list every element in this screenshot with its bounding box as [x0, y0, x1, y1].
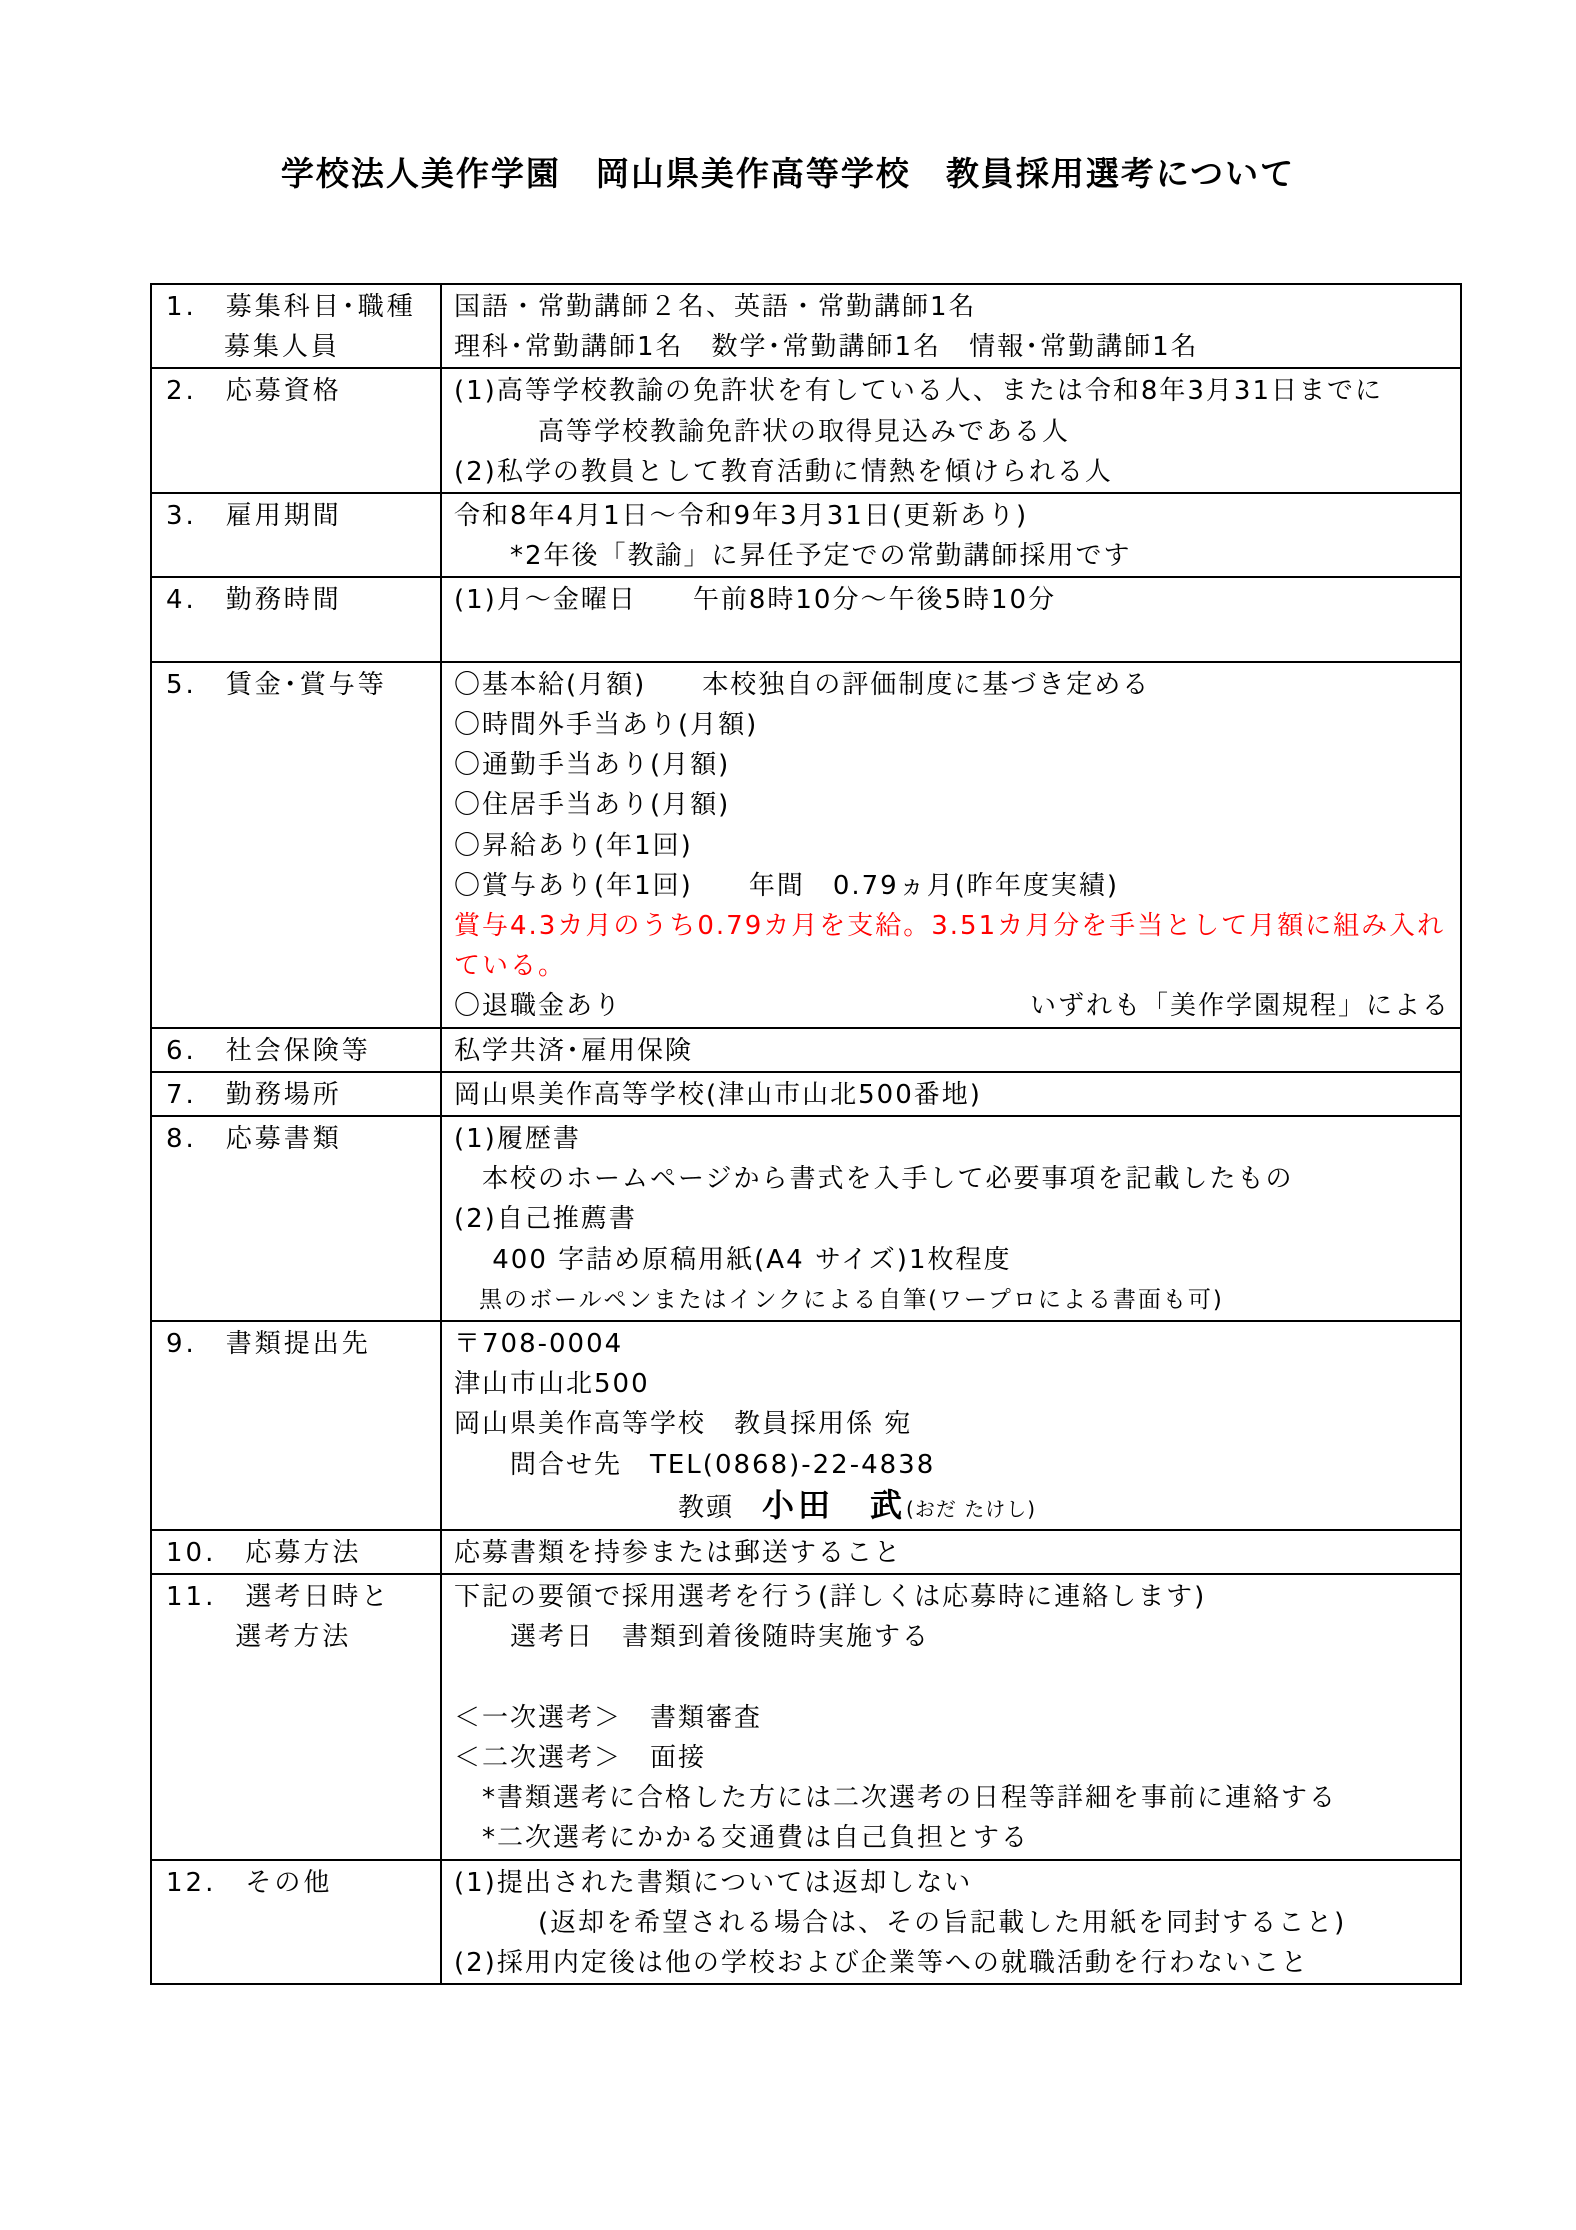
content-line: 〇退職金ありいずれも「美作学園規程」による — [454, 986, 1450, 1026]
content-line: 令和8年4月1日～令和9年3月31日(更新あり) — [454, 496, 1450, 536]
row-content: 応募書類を持参または郵送すること — [441, 1530, 1461, 1574]
content-line: 岡山県美作高等学校(津山市山北500番地) — [454, 1075, 1450, 1115]
table-row: 1. 募集科目･職種 募集人員国語・常勤講師２名、英語・常勤講師1名理科･常勤講… — [151, 284, 1461, 368]
content-line: (1)履歴書 — [454, 1119, 1450, 1159]
row-label: 7. 勤務場所 — [151, 1072, 441, 1116]
content-line: 〇昇給あり(年1回) — [454, 826, 1450, 866]
recruitment-table: 1. 募集科目･職種 募集人員国語・常勤講師２名、英語・常勤講師1名理科･常勤講… — [150, 283, 1462, 1985]
row-content: 〒708-0004津山市山北500岡山県美作高等学校 教員採用係 宛 問合せ先 … — [441, 1321, 1461, 1530]
content-line: 〇時間外手当あり(月額) — [454, 705, 1450, 745]
content-line: 黒のボールペンまたはインクによる自筆(ワープロによる書面も可) — [454, 1280, 1450, 1320]
content-line: 本校のホームページから書式を入手して必要事項を記載したもの — [454, 1159, 1450, 1199]
row-label-line: 募集人員 — [166, 327, 436, 367]
content-line: 〒708-0004 — [454, 1324, 1450, 1364]
row-label: 11. 選考日時と 選考方法 — [151, 1574, 441, 1859]
row-label: 5. 賃金･賞与等 — [151, 662, 441, 1028]
content-line: 国語・常勤講師２名、英語・常勤講師1名 — [454, 287, 1450, 327]
row-label: 8. 応募書類 — [151, 1116, 441, 1321]
row-content: 〇基本給(月額) 本校独自の評価制度に基づき定める〇時間外手当あり(月額)〇通勤… — [441, 662, 1461, 1028]
content-line: 400 字詰め原稿用紙(A4 サイズ)1枚程度 — [454, 1240, 1450, 1280]
content-line: ている。 — [454, 946, 1450, 986]
row-content: 下記の要領で採用選考を行う(詳しくは応募時に連絡します) 選考日 書類到着後随時… — [441, 1574, 1461, 1859]
row-content: 令和8年4月1日～令和9年3月31日(更新あり) *2年後「教諭」に昇任予定での… — [441, 493, 1461, 577]
table-row: 2. 応募資格(1)高等学校教諭の免許状を有している人、または令和8年3月31日… — [151, 368, 1461, 493]
content-line: 応募書類を持参または郵送すること — [454, 1533, 1450, 1573]
table-row: 10. 応募方法応募書類を持参または郵送すること — [151, 1530, 1461, 1574]
content-line: 〇基本給(月額) 本校独自の評価制度に基づき定める — [454, 665, 1450, 705]
row-label: 6. 社会保険等 — [151, 1028, 441, 1072]
content-line: 選考日 書類到着後随時実施する — [454, 1617, 1450, 1657]
row-label-line: 11. 選考日時と — [166, 1577, 436, 1617]
row-content: 岡山県美作高等学校(津山市山北500番地) — [441, 1072, 1461, 1116]
row-label: 4. 勤務時間 — [151, 577, 441, 661]
content-line: 教頭 小田 武(おだ たけし) — [454, 1485, 1450, 1529]
content-line: 下記の要領で採用選考を行う(詳しくは応募時に連絡します) — [454, 1577, 1450, 1617]
content-line: 賞与4.3カ月のうち0.79カ月を支給。3.51カ月分を手当として月額に組み入れ — [454, 906, 1450, 946]
row-label-line: 2. 応募資格 — [166, 371, 436, 411]
content-line: *2年後「教諭」に昇任予定での常勤講師採用です — [454, 536, 1450, 576]
content-line: 理科･常勤講師1名 数学･常勤講師1名 情報･常勤講師1名 — [454, 327, 1450, 367]
content-line: 問合せ先 TEL(0868)-22-4838 — [454, 1445, 1450, 1485]
row-label-line: 9. 書類提出先 — [166, 1324, 436, 1364]
content-line: (2)採用内定後は他の学校および企業等への就職活動を行わないこと — [454, 1943, 1450, 1983]
row-label-line: 3. 雇用期間 — [166, 496, 436, 536]
row-label-line: 4. 勤務時間 — [166, 580, 436, 620]
content-line: (1)月～金曜日 午前8時10分～午後5時10分 — [454, 580, 1450, 620]
table-row: 8. 応募書類(1)履歴書 本校のホームページから書式を入手して必要事項を記載し… — [151, 1116, 1461, 1321]
content-line: ＜二次選考＞ 面接 — [454, 1738, 1450, 1778]
content-left: 〇退職金あり — [454, 986, 622, 1026]
content-line: 岡山県美作高等学校 教員採用係 宛 — [454, 1404, 1450, 1444]
table-row: 4. 勤務時間(1)月～金曜日 午前8時10分～午後5時10分 — [151, 577, 1461, 661]
content-line: *二次選考にかかる交通費は自己負担とする — [454, 1818, 1450, 1858]
content-line: 私学共済･雇用保険 — [454, 1031, 1450, 1071]
page-title: 学校法人美作学園 岡山県美作高等学校 教員採用選考について — [0, 0, 1576, 195]
content-line: ＜一次選考＞ 書類審査 — [454, 1698, 1450, 1738]
content-line: 〇通勤手当あり(月額) — [454, 745, 1450, 785]
row-content: 国語・常勤講師２名、英語・常勤講師1名理科･常勤講師1名 数学･常勤講師1名 情… — [441, 284, 1461, 368]
content-line — [454, 621, 1450, 661]
content-line: 〇賞与あり(年1回) 年間 0.79ヵ月(昨年度実績) — [454, 866, 1450, 906]
table-body: 1. 募集科目･職種 募集人員国語・常勤講師２名、英語・常勤講師1名理科･常勤講… — [151, 284, 1461, 1984]
content-line: (1)高等学校教諭の免許状を有している人、または令和8年3月31日までに — [454, 371, 1450, 411]
content-line: (1)提出された書類については返却しない — [454, 1863, 1450, 1903]
row-label-line: 10. 応募方法 — [166, 1533, 436, 1573]
table-row: 7. 勤務場所岡山県美作高等学校(津山市山北500番地) — [151, 1072, 1461, 1116]
row-label-line: 6. 社会保険等 — [166, 1031, 436, 1071]
content-line: 〇住居手当あり(月額) — [454, 785, 1450, 825]
row-label-line: 7. 勤務場所 — [166, 1075, 436, 1115]
content-line: (返却を希望される場合は、その旨記載した用紙を同封すること) — [454, 1903, 1450, 1943]
content-right: いずれも「美作学園規程」による — [1030, 986, 1450, 1026]
row-label-line: 12. その他 — [166, 1863, 436, 1903]
row-content: (1)履歴書 本校のホームページから書式を入手して必要事項を記載したもの(2)自… — [441, 1116, 1461, 1321]
row-content: (1)月～金曜日 午前8時10分～午後5時10分 — [441, 577, 1461, 661]
row-label: 9. 書類提出先 — [151, 1321, 441, 1530]
table-row: 11. 選考日時と 選考方法下記の要領で採用選考を行う(詳しくは応募時に連絡しま… — [151, 1574, 1461, 1859]
table-row: 6. 社会保険等私学共済･雇用保険 — [151, 1028, 1461, 1072]
content-line: (2)私学の教員として教育活動に情熱を傾けられる人 — [454, 452, 1450, 492]
row-content: (1)提出された書類については返却しない (返却を希望される場合は、その旨記載し… — [441, 1860, 1461, 1985]
row-label: 2. 応募資格 — [151, 368, 441, 493]
table-row: 3. 雇用期間令和8年4月1日～令和9年3月31日(更新あり) *2年後「教諭」… — [151, 493, 1461, 577]
content-segment: 教頭 — [454, 1493, 762, 1523]
content-line: *書類選考に合格した方には二次選考の日程等詳細を事前に連絡する — [454, 1778, 1450, 1818]
row-label: 12. その他 — [151, 1860, 441, 1985]
row-label-line: 1. 募集科目･職種 — [166, 287, 436, 327]
row-label-line: 選考方法 — [166, 1617, 436, 1657]
content-line: 高等学校教諭免許状の取得見込みである人 — [454, 412, 1450, 452]
content-segment-ruby: (おだ たけし) — [906, 1497, 1036, 1521]
row-label: 1. 募集科目･職種 募集人員 — [151, 284, 441, 368]
table-row: 5. 賃金･賞与等〇基本給(月額) 本校独自の評価制度に基づき定める〇時間外手当… — [151, 662, 1461, 1028]
content-line — [454, 1658, 1450, 1698]
document-page: { "page": { "title": "学校法人美作学園 岡山県美作高等学校… — [0, 0, 1576, 2230]
row-label: 3. 雇用期間 — [151, 493, 441, 577]
content-segment-name: 小田 武 — [762, 1486, 906, 1524]
table-row: 12. その他(1)提出された書類については返却しない (返却を希望される場合は… — [151, 1860, 1461, 1985]
content-line: 津山市山北500 — [454, 1364, 1450, 1404]
row-content: 私学共済･雇用保険 — [441, 1028, 1461, 1072]
table-row: 9. 書類提出先〒708-0004津山市山北500岡山県美作高等学校 教員採用係… — [151, 1321, 1461, 1530]
row-content: (1)高等学校教諭の免許状を有している人、または令和8年3月31日までに 高等学… — [441, 368, 1461, 493]
content-line: (2)自己推薦書 — [454, 1199, 1450, 1239]
row-label: 10. 応募方法 — [151, 1530, 441, 1574]
row-label-line: 5. 賃金･賞与等 — [166, 665, 436, 705]
row-label-line: 8. 応募書類 — [166, 1119, 436, 1159]
